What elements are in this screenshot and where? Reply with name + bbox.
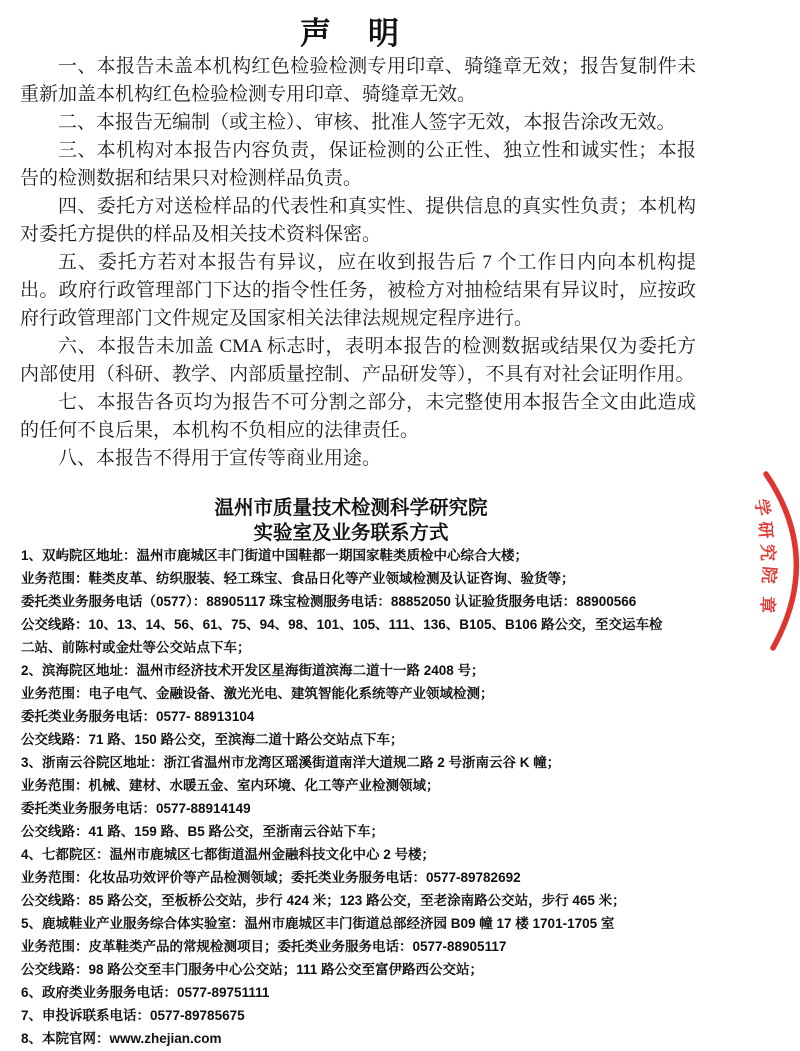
seal-character: 院 bbox=[759, 566, 780, 585]
contact-section-heading: 实验室及业务联系方式 bbox=[0, 517, 702, 545]
contact-line-campus3-address: 3、浙南云谷院区地址：浙江省温州市龙湾区瑶溪街道南洋大道规二路 2 号浙南云谷 … bbox=[21, 751, 663, 774]
seal-character: 章 bbox=[757, 596, 778, 614]
statement-clause-3: 三、本机构对本报告内容负责，保证检测的公正性、独立性和诚实性；本报告的检测数据和… bbox=[20, 137, 696, 193]
statement-clause-5: 五、委托方若对本报告有异议，应在收到报告后 7 个工作日内向本机构提出。政府行政… bbox=[20, 249, 696, 333]
statement-section: 一、本报告未盖本机构红色检验检测专用印章、骑缝章无效；报告复制件未重新加盖本机构… bbox=[20, 53, 696, 473]
contact-line-campus2-scope: 业务范围：电子电气、金融设备、激光光电、建筑智能化系统等产业领域检测； bbox=[21, 682, 663, 705]
seal-character: 研 bbox=[755, 521, 775, 540]
contact-line-campus1-scope: 业务范围：鞋类皮革、纺织服装、轻工珠宝、食品日化等产业领域检测及认证咨询、验货等… bbox=[21, 567, 663, 590]
statement-clause-7: 七、本报告各页均为报告不可分割之部分，未完整使用本报告全文由此造成的任何不良后果… bbox=[20, 389, 696, 445]
contact-line-campus4-scope-phone: 业务范围：化妆品功效评价等产品检测领域；委托类业务服务电话：0577-89782… bbox=[21, 866, 663, 889]
statement-clause-4: 四、委托方对送检样品的代表性和真实性、提供信息的真实性负责；本机构对委托方提供的… bbox=[20, 193, 696, 249]
contact-line-campus5-address: 5、鹿城鞋业产业服务综合体实验室：温州市鹿城区丰门街道总部经济园 B09 幢 1… bbox=[21, 912, 663, 935]
contact-line-website: 8、本院官网：www.zhejian.com bbox=[21, 1027, 663, 1050]
contact-line-campus5-bus: 公交线路：98 路公交至丰门服务中心公交站；111 路公交至富伊路西公交站； bbox=[21, 958, 663, 981]
official-seal-stamp: 学 研 究 院 章 bbox=[726, 456, 800, 656]
statement-clause-1: 一、本报告未盖本机构红色检验检测专用印章、骑缝章无效；报告复制件未重新加盖本机构… bbox=[20, 53, 696, 109]
contact-line-campus2-phone: 委托类业务服务电话：0577- 88913104 bbox=[21, 705, 663, 728]
org-name-heading: 温州市质量技术检测科学研究院 bbox=[0, 492, 702, 520]
page-title: 声 明 bbox=[0, 8, 702, 53]
contact-info-section: 1、双屿院区地址：温州市鹿城区丰门街道中国鞋都一期国家鞋类质检中心综合大楼； 业… bbox=[21, 544, 663, 1050]
contact-line-gov-phone: 6、政府类业务服务电话：0577-89751111 bbox=[21, 981, 663, 1004]
seal-character: 究 bbox=[758, 544, 778, 561]
seal-character: 学 bbox=[751, 497, 774, 517]
contact-line-campus1-bus: 公交线路：10、13、14、56、61、75、94、98、101、105、111… bbox=[21, 613, 663, 659]
contact-line-campus1-phones: 委托类业务服务电话（0577）：88905117 珠宝检测服务电话：888520… bbox=[21, 590, 663, 613]
document-page: 声 明 一、本报告未盖本机构红色检验检测专用印章、骑缝章无效；报告复制件未重新加… bbox=[0, 0, 800, 1051]
contact-line-campus1-address: 1、双屿院区地址：温州市鹿城区丰门街道中国鞋都一期国家鞋类质检中心综合大楼； bbox=[21, 544, 663, 567]
contact-line-campus3-phone: 委托类业务服务电话：0577-88914149 bbox=[21, 797, 663, 820]
contact-line-complaint-phone: 7、申投诉联系电话：0577-89785675 bbox=[21, 1004, 663, 1027]
contact-line-campus2-bus: 公交线路：71 路、150 路公交，至滨海二道十路公交站点下车； bbox=[21, 728, 663, 751]
contact-line-campus4-address: 4、七都院区：温州市鹿城区七都街道温州金融科技文化中心 2 号楼； bbox=[21, 843, 663, 866]
statement-clause-8: 八、本报告不得用于宣传等商业用途。 bbox=[20, 445, 696, 473]
contact-line-campus3-bus: 公交线路：41 路、159 路、B5 路公交，至浙南云谷站下车； bbox=[21, 820, 663, 843]
statement-clause-6: 六、本报告未加盖 CMA 标志时，表明本报告的检测数据或结果仅为委托方内部使用（… bbox=[20, 333, 696, 389]
statement-clause-2: 二、本报告无编制（或主检）、审核、批准人签字无效，本报告涂改无效。 bbox=[20, 109, 696, 137]
seal-arc bbox=[766, 474, 796, 648]
contact-line-campus3-scope: 业务范围：机械、建材、水暖五金、室内环境、化工等产业检测领域； bbox=[21, 774, 663, 797]
contact-line-campus5-scope-phone: 业务范围：皮革鞋类产品的常规检测项目；委托类业务服务电话：0577-889051… bbox=[21, 935, 663, 958]
contact-line-campus4-bus: 公交线路：85 路公交，至板桥公交站，步行 424 米；123 路公交，至老涂南… bbox=[21, 889, 663, 912]
contact-line-campus2-address: 2、滨海院区地址：温州市经济技术开发区星海街道滨海二道十一路 2408 号； bbox=[21, 659, 663, 682]
